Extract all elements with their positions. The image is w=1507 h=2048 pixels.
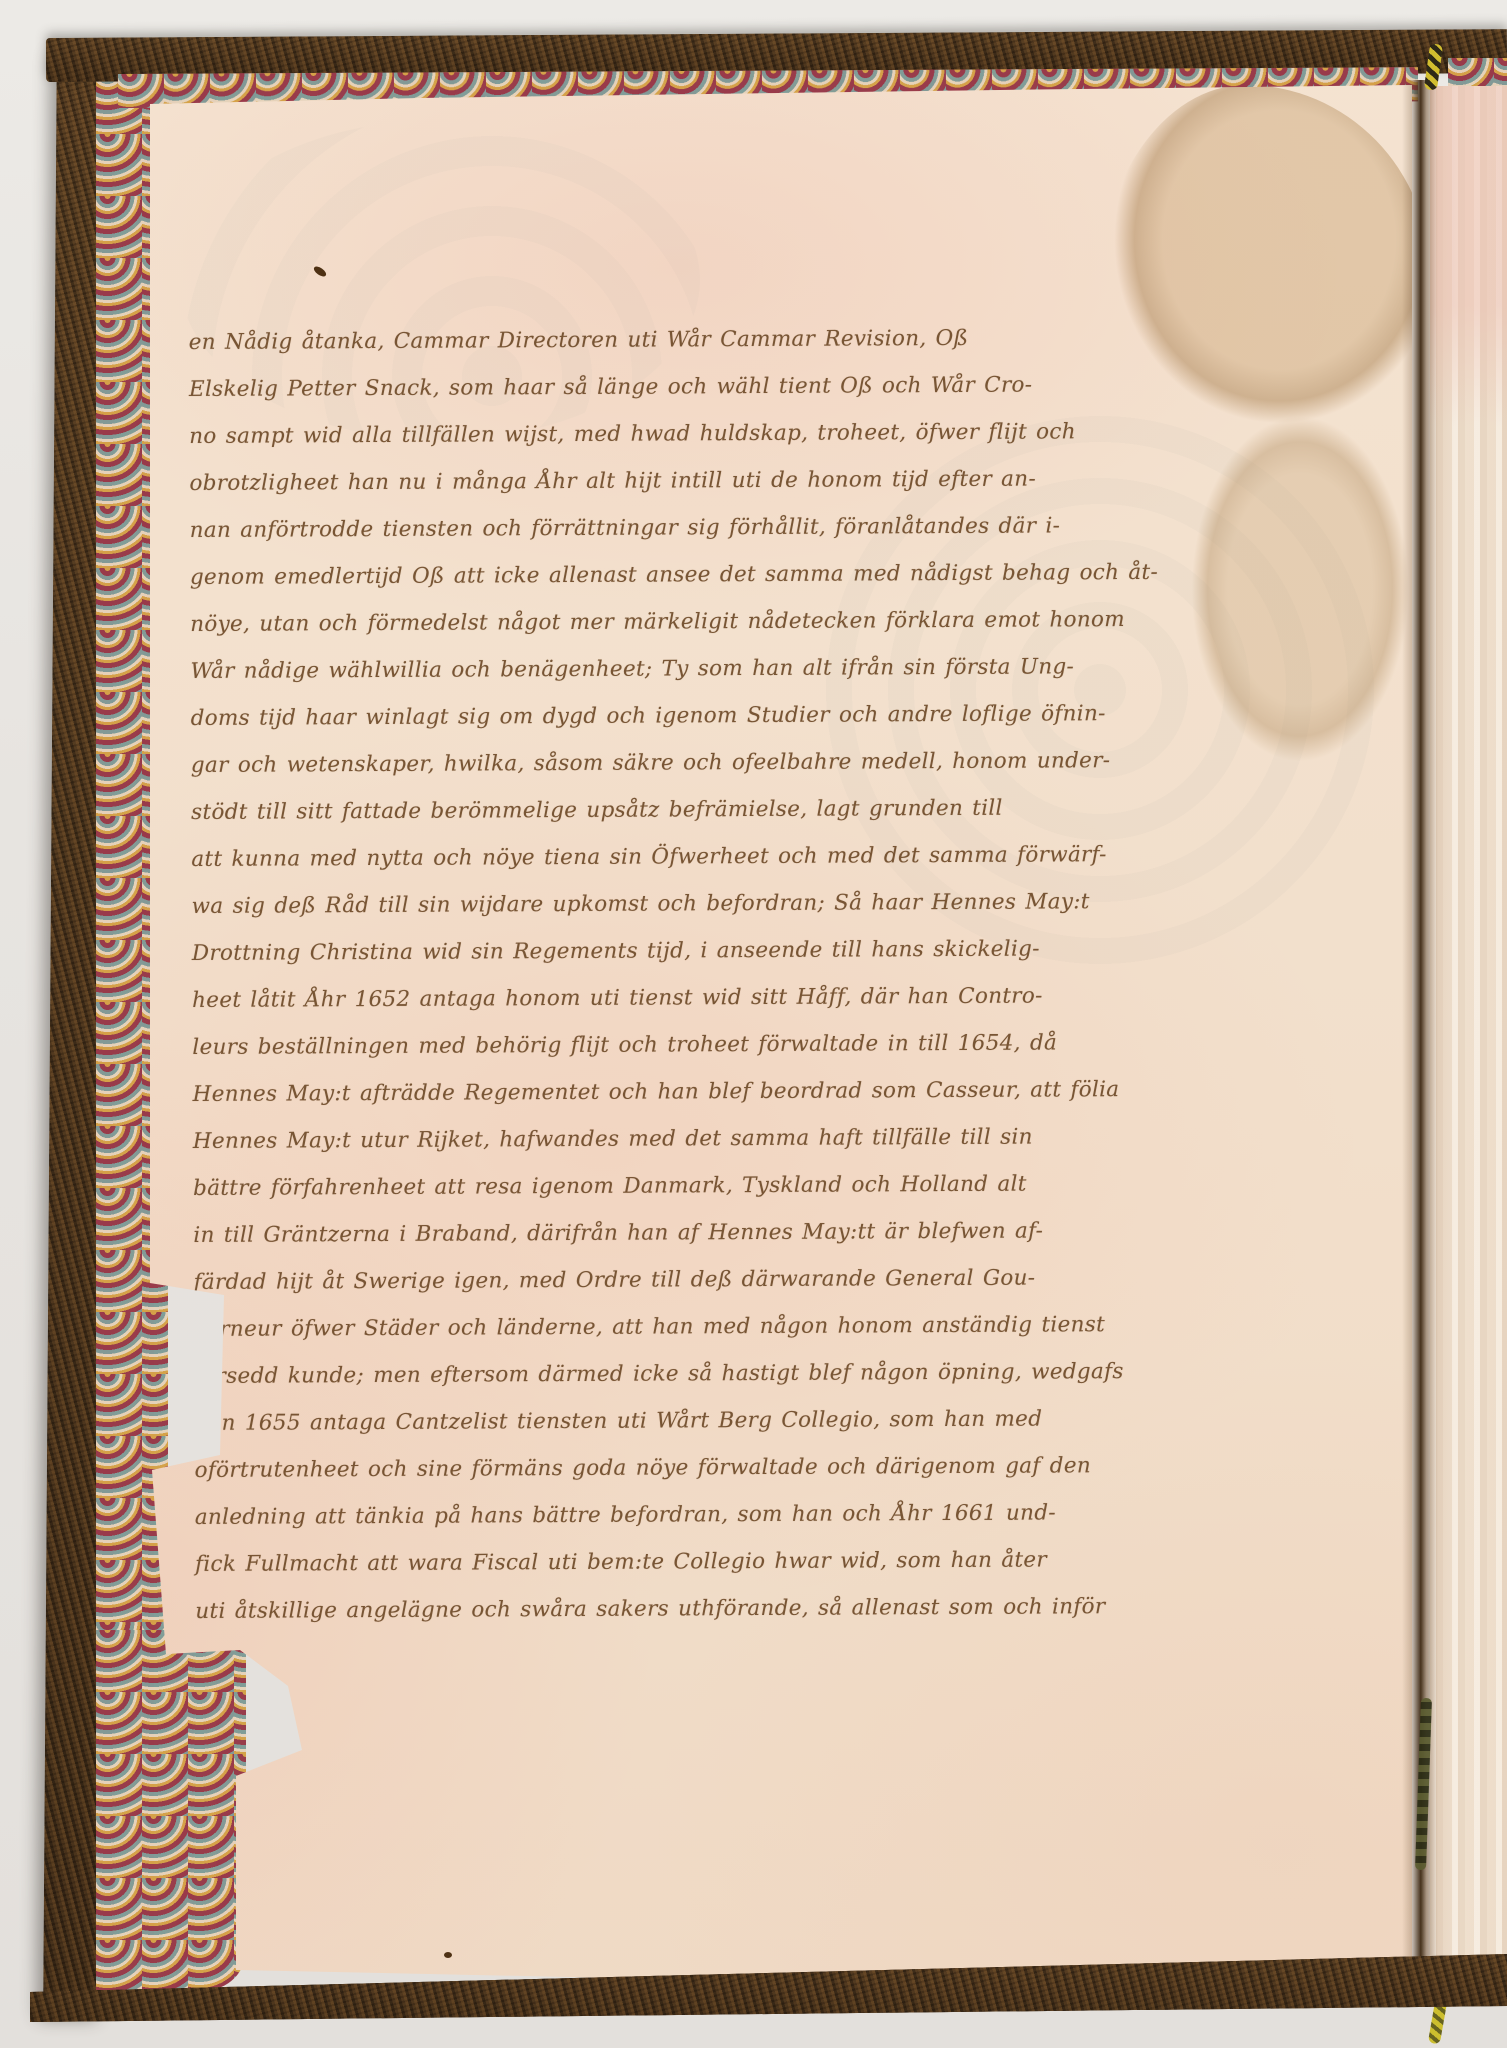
manuscript-line: verneur öfwer Städer och länderne, att h…	[194, 1300, 1324, 1353]
manuscript-line: anledning att tänkia på hans bättre befo…	[195, 1488, 1325, 1541]
manuscript-line: försedd kunde; men eftersom därmed icke …	[194, 1347, 1324, 1400]
manuscript-line: han 1655 antaga Cantzelist tiensten uti …	[194, 1394, 1324, 1447]
manuscript-line: Hennes May:t afträdde Regementet och han…	[192, 1065, 1322, 1118]
manuscript-line: nan anförtrodde tiensten och förrättning…	[190, 501, 1320, 554]
manuscript-line: Wår nådige wählwillia och benägenheet; T…	[190, 642, 1320, 695]
manuscript-line: nöye, utan och förmedelst något mer märk…	[190, 595, 1320, 648]
manuscript-line: att kunna med nytta och nöye tiena sin Ö…	[191, 830, 1321, 883]
manuscript-line: en Nådig åtanka, Cammar Directoren uti W…	[189, 313, 1319, 366]
manuscript-line: leurs beställningen med behörig flijt oc…	[192, 1018, 1322, 1071]
manuscript-line: fick Fullmacht att wara Fiscal uti bem:t…	[195, 1535, 1325, 1588]
manuscript-line: no sampt wid alla tillfällen wijst, med …	[189, 407, 1319, 460]
manuscript-line: Drottning Christina wid sin Regements ti…	[192, 924, 1322, 977]
ink-speck	[444, 1952, 452, 1958]
manuscript-line: stödt till sitt fattade berömmelige upså…	[191, 783, 1321, 836]
manuscript-line: Elskelig Petter Snack, som haar så länge…	[189, 360, 1319, 413]
manuscript-line: wa sig deß Råd till sin wijdare upkomst …	[192, 877, 1322, 930]
manuscript-line: doms tijd haar winlagt sig om dygd och i…	[191, 689, 1321, 742]
facing-page-fore-edge	[1430, 86, 1507, 1981]
marbled-endpaper-corner-bottom-left	[96, 1630, 246, 1990]
manuscript-line: obrotzligheet han nu i många Åhr alt hij…	[189, 454, 1319, 507]
manuscript-line: färdad hijt åt Swerige igen, med Ordre t…	[193, 1253, 1323, 1306]
manuscript-line: genom emedlertijd Oß att icke allenast a…	[190, 548, 1320, 601]
manuscript-line: heet låtit Åhr 1652 antaga honom uti tie…	[192, 971, 1322, 1024]
book-scan: en Nådig åtanka, Cammar Directoren uti W…	[0, 0, 1507, 2048]
manuscript-text-block: en Nådig åtanka, Cammar Directoren uti W…	[189, 313, 1326, 1635]
manuscript-line: uti åtskillige angelägne och swåra saker…	[195, 1582, 1325, 1635]
manuscript-line: oförtrutenheet och sine förmäns goda nöy…	[194, 1441, 1324, 1494]
manuscript-line: gar och wetenskaper, hwilka, såsom säkre…	[191, 736, 1321, 789]
manuscript-line: bättre förfahrenheet att resa igenom Dan…	[193, 1159, 1323, 1212]
manuscript-line: Hennes May:t utur Rijket, hafwandes med …	[193, 1112, 1323, 1165]
manuscript-line: in till Gräntzerna i Braband, därifrån h…	[193, 1206, 1323, 1259]
